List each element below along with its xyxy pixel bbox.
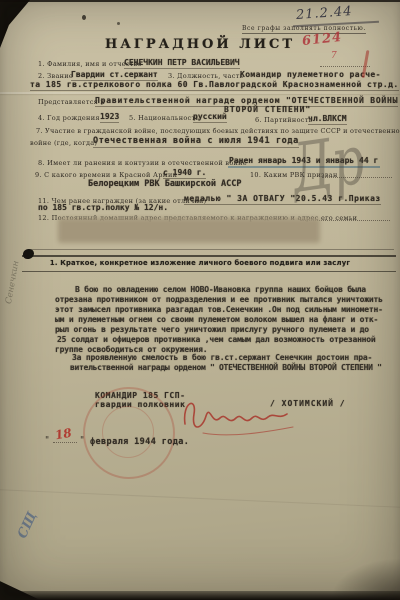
scan-edge-top [0,0,400,2]
feat-text-line: рыл огонь в результате чего уничтожил пр… [55,325,369,334]
field-army-since-label: 9. С какого времени в Красной Армии [35,171,177,179]
red-ink-signature [175,386,300,441]
shadow-bottom-right [330,558,400,600]
field-war-participation-value: Отечественная война с июля 1941 года [93,136,299,148]
paper-crease [0,92,400,94]
torn-corner-top-left [0,0,32,50]
field-prior-awards-value-line2: по 185 гв.стр.полку № 12/н. [38,203,168,212]
field-rank-label: 2. Звание [38,72,73,80]
left-margin-pencil-note: Сенечкин [4,260,21,305]
document-paper: 21.2.44 Все графы заполнять полностью. 6… [0,0,400,600]
horizontal-rule [22,271,396,272]
ink-blot [23,249,34,259]
field-wounds-label: 8. Имеет ли ранения и контузии в отечест… [38,159,247,167]
field-party-label: 6. Партийность [255,116,312,124]
feat-conclusion-line: За проявленную смелость в бою гв.ст.серж… [72,353,372,362]
date-open-quote: " [45,436,49,446]
feat-text-line: ым и пулеметным огнем со своим пулеметом… [55,315,378,324]
field-recruited-by-value: Белорецким РВК Башкирской АССР [88,179,242,189]
handwritten-date-mark: 21.2.44 [296,4,354,23]
feat-text-line: 25 солдат и офицеров противника ,чем сам… [57,335,376,344]
feat-text-line: В бою по овладению селом НОВО-Ивановка г… [75,285,366,294]
field-unit-label: 3. Должность, часть [168,72,243,80]
feat-text-line: отрезана противником от подразделения и … [55,295,383,304]
field-birthyear-label: 4. Год рождения [38,114,100,122]
field-nominated-value-line2: ВТОРОЙ СТЕПЕНИ" [224,105,311,114]
feat-section-heading: 1. Краткое, конкретное изложение личного… [50,259,350,267]
feat-text-line: этот замысел противника разгадал тов.Сен… [55,305,383,314]
paper-hole [82,15,86,20]
blue-pencil-mark: СЩ [15,510,40,541]
field-unit-value-line2: та 185 гв.стрелкового полка 60 Гв.Павлог… [30,80,399,91]
handwritten-day: 18 [54,426,73,443]
date-month-year: февраля 1944 года. [90,437,189,447]
horizontal-rule [22,255,396,257]
document-title: НАГРАДНОЙ ЛИСТ [105,37,295,52]
date-close-quote: " [80,436,84,446]
field-name-value: СЕНЕЧКИН ПЕТР ВАСИЛЬЕВИЧ [124,58,240,69]
round-stamp-inner [102,406,154,458]
field-army-since-value: с 1940 г. [163,168,206,179]
field-nationality-value: русский [193,112,227,123]
field-nationality-label: 5. Национальность [129,114,199,122]
red-pencil-mark: 6124 [301,30,343,49]
paper-speck [117,22,120,25]
field-birthyear-value: 1923 [100,112,119,123]
field-unit-value-line1: Командир пулеметного расче- [240,70,381,79]
form-instruction-note: Все графы заполнять полностью. [242,25,366,34]
horizontal-rule [28,249,394,250]
paper-crease [0,489,400,508]
field-rank-value: Гвардии ст.сержант [71,70,158,81]
field-war-participation-label-line2: войне (где, когда) [30,139,97,147]
feat-conclusion-line: вительственной награды орденом " ОТЕЧЕСТ… [70,363,382,372]
redacted-address-area [58,218,320,243]
large-pencil-mark: Др [287,126,368,203]
